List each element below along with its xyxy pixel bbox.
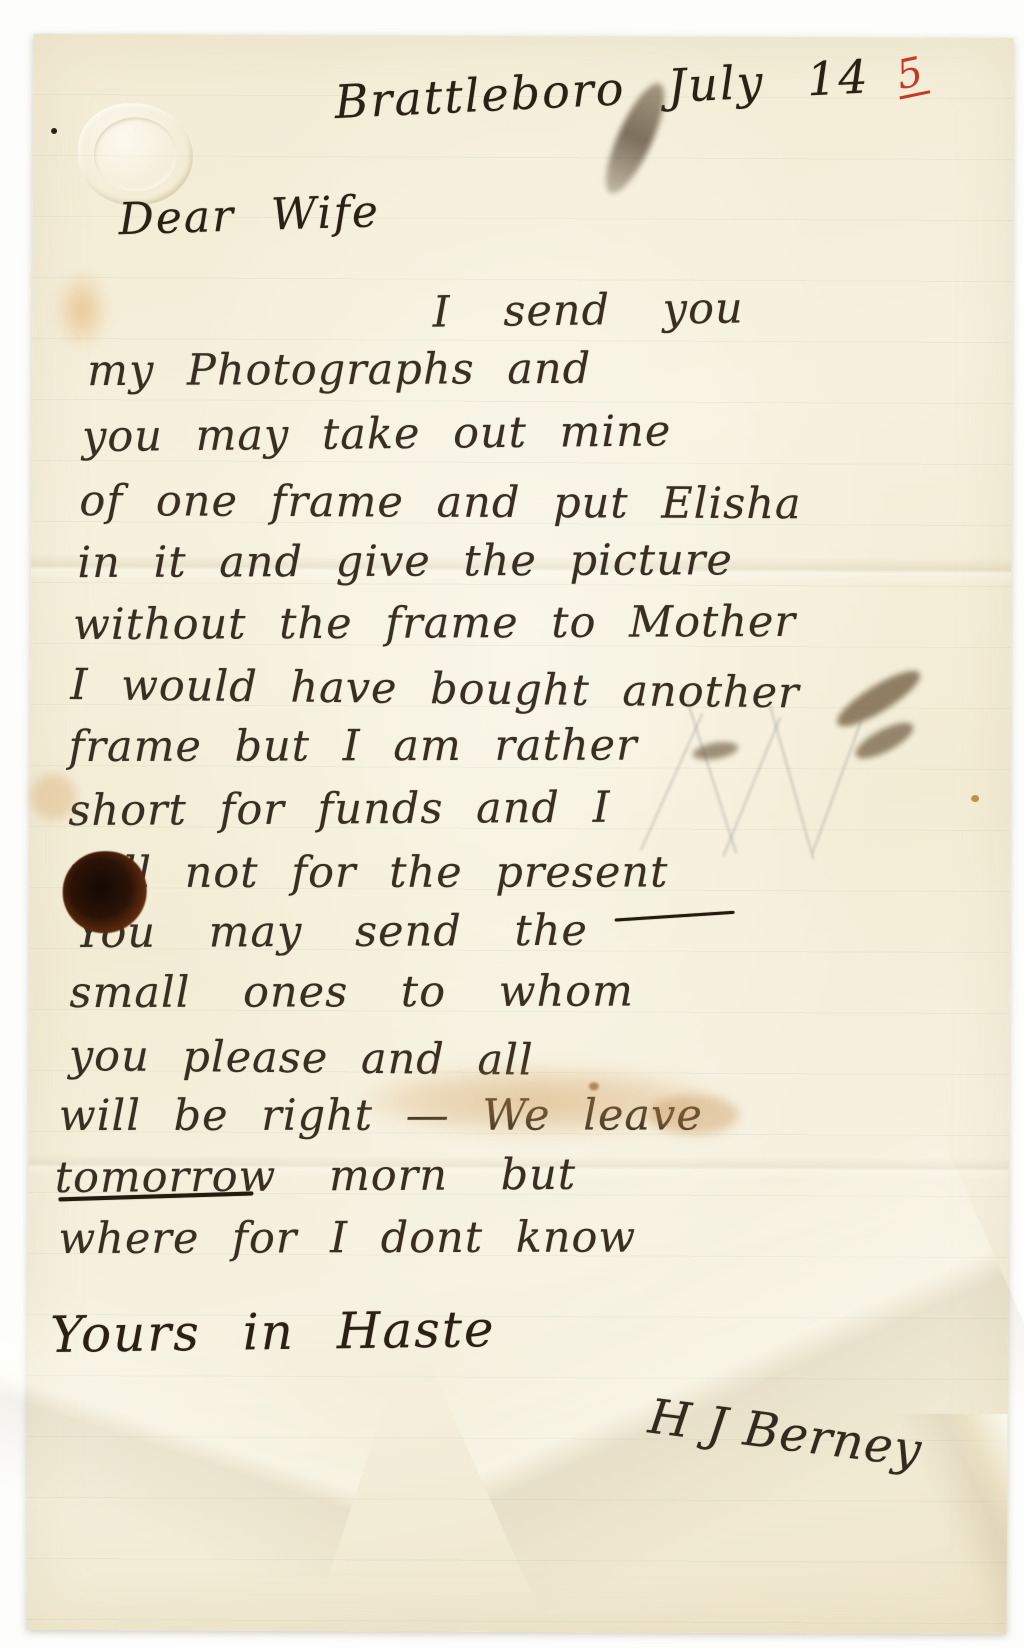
letter-line: short for funds and I	[68, 783, 611, 836]
letter-line: You may send the	[75, 906, 588, 958]
letter-line: my Photographs and	[87, 344, 591, 396]
ink-smudge	[691, 739, 739, 763]
letter-line: will be right — We leave	[59, 1090, 703, 1141]
letter-line: in it and give the picture	[77, 535, 733, 588]
letter-line: without the frame to Mother	[73, 597, 796, 650]
embossed-stationery-seal	[78, 103, 193, 206]
dateline: Brattleboro July 14	[333, 49, 870, 129]
signature-text: H J Berney	[646, 1389, 926, 1479]
letter-line: will not for the present	[70, 848, 668, 899]
paper-stain	[56, 270, 108, 350]
ink-speck	[51, 128, 57, 134]
stray-pen-stroke	[615, 911, 735, 922]
letter-line: where for I dont know	[58, 1212, 636, 1264]
letter-line: frame but I am rather	[68, 721, 637, 772]
page-number-annotation: 5	[891, 51, 931, 100]
letter-line: you please and all	[69, 1031, 534, 1085]
closing: Yours in Haste	[50, 1300, 496, 1364]
letter-line: I send you	[432, 284, 744, 338]
stain-speck	[589, 1082, 599, 1090]
ink-smudge	[851, 716, 918, 765]
letter-line: I would have bought another	[70, 660, 800, 718]
letter-paper: 5 Brattleboro July 14 Dear Wife I send y…	[27, 34, 1014, 1634]
letter-line: of one frame and put Elisha	[79, 476, 801, 529]
stain-speck	[971, 795, 979, 802]
letter-line: you may take out mine	[82, 406, 672, 462]
salutation: Dear Wife	[118, 186, 381, 245]
letter-line: small ones to whom	[69, 967, 634, 1018]
scanned-letter-page: 5 Brattleboro July 14 Dear Wife I send y…	[0, 0, 1024, 1649]
